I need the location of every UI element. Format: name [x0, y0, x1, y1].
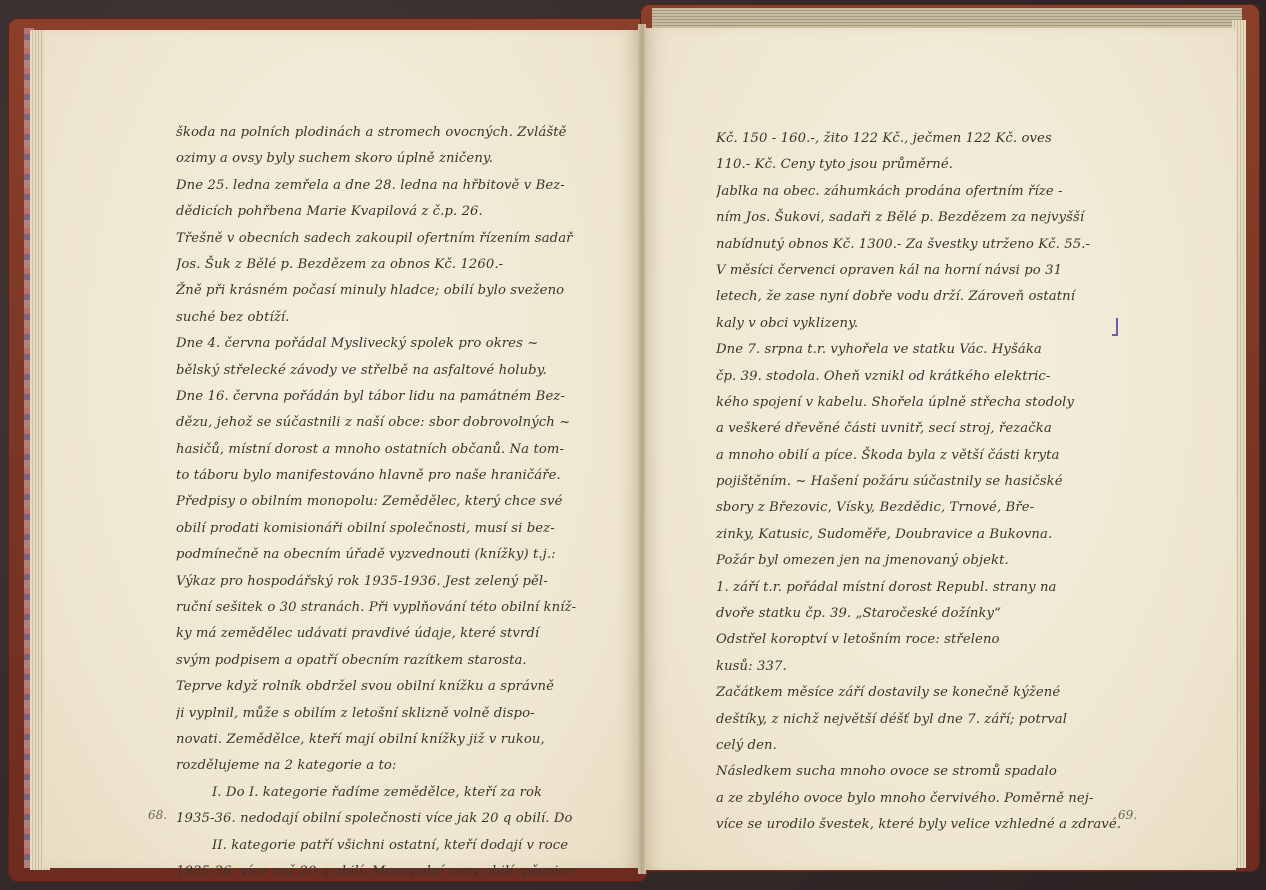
handwritten-line: nabídnutý obnos Kč. 1300.- Za švestky ut…	[716, 232, 1124, 258]
handwritten-line: Dne 25. ledna zemřela a dne 28. ledna na…	[176, 173, 596, 199]
handwritten-line: Následkem sucha mnoho ovoce se stromů sp…	[716, 759, 1124, 785]
handwritten-line: Žně při krásném počasí minuly hladce; ob…	[176, 278, 596, 304]
handwritten-line: to táboru bylo manifestováno hlavně pro …	[176, 463, 596, 489]
handwritten-line: 1935-36. nedodají obilní společnosti víc…	[176, 806, 596, 832]
handwritten-line: 1935-36. více než 20 q obilí. Monopolní …	[176, 859, 596, 885]
handwritten-line: škoda na polních plodinách a stromech ov…	[176, 120, 596, 146]
handwritten-line: ozimy a ovsy byly suchem skoro úplně zni…	[176, 146, 596, 172]
handwritten-line: Teprve když rolník obdržel svou obilní k…	[176, 674, 596, 700]
handwritten-line: Požár byl omezen jen na jmenovaný objekt…	[716, 548, 1124, 574]
handwritten-line: zinky, Katusic, Sudoměře, Doubravice a B…	[716, 522, 1124, 548]
handwritten-line: deštíky, z nichž největší déšť byl dne 7…	[716, 707, 1124, 733]
handwritten-line: 110.- Kč. Ceny tyto jsou průměrné.	[716, 152, 1124, 178]
handwritten-line: hasičů, místní dorost a mnoho ostatních …	[176, 437, 596, 463]
handwritten-line: více se urodilo švestek, které byly veli…	[716, 812, 1124, 838]
handwritten-line: Kč. 150 - 160.-, žito 122 Kč., ječmen 12…	[716, 126, 1124, 152]
handwritten-line: rozdělujeme na 2 kategorie a to:	[176, 753, 596, 779]
handwritten-line: bělský střelecké závody ve střelbě na as…	[176, 358, 596, 384]
handwritten-line: I. Do I. kategorie řadíme zemědělce, kte…	[176, 780, 596, 806]
handwritten-line: kaly v obci vyklizeny.	[716, 311, 1124, 337]
margin-bracket-mark	[1112, 318, 1118, 336]
handwritten-line: suché bez obtíží.	[176, 305, 596, 331]
handwritten-line: dědicích pohřbena Marie Kvapilová z č.p.…	[176, 199, 596, 225]
left-page-text: škoda na polních plodinách a stromech ov…	[176, 120, 596, 885]
handwritten-line: a ze zbylého ovoce bylo mnoho červivého.…	[716, 786, 1124, 812]
handwritten-line: obilí prodati komisionáři obilní společn…	[176, 516, 596, 542]
handwritten-line: Jablka na obec. záhumkách prodána ofertn…	[716, 179, 1124, 205]
handwritten-line: pojištěním. ~ Hašení požáru súčastnily s…	[716, 469, 1124, 495]
handwritten-line: ji vyplnil, může s obilím z letošní skli…	[176, 701, 596, 727]
handwritten-line: Jos. Šuk z Bělé p. Bezdězem za obnos Kč.…	[176, 252, 596, 278]
right-page-text: Kč. 150 - 160.-, žito 122 Kč., ječmen 12…	[716, 126, 1124, 839]
page-number-right: 69.	[1118, 808, 1137, 822]
handwritten-line: celý den.	[716, 733, 1124, 759]
handwritten-line: ruční sešitek o 30 stranách. Při vyplňov…	[176, 595, 596, 621]
handwritten-line: a mnoho obilí a píce. Škoda byla z větší…	[716, 443, 1124, 469]
page-number-left: 68.	[148, 808, 167, 822]
handwritten-line: čp. 39. stodola. Oheň vznikl od krátkého…	[716, 364, 1124, 390]
handwritten-line: kého spojení v kabelu. Shořela úplně stř…	[716, 390, 1124, 416]
handwritten-line: letech, že zase nyní dobře vodu drží. Zá…	[716, 284, 1124, 310]
handwritten-line: Předpisy o obilním monopolu: Zemědělec, …	[176, 489, 596, 515]
handwritten-line: Dne 7. srpna t.r. vyhořela ve statku Vác…	[716, 337, 1124, 363]
handwritten-line: novati. Zemědělce, kteří mají obilní kní…	[176, 727, 596, 753]
handwritten-line: dězu, jehož se súčastnili z naší obce: s…	[176, 410, 596, 436]
handwritten-line: kusů: 337.	[716, 654, 1124, 680]
handwritten-line: Odstřel koroptví v letošním roce: střele…	[716, 627, 1124, 653]
handwritten-line: V měsíci červenci opraven kál na horní n…	[716, 258, 1124, 284]
handwritten-line: Dne 16. června pořádán byl tábor lidu na…	[176, 384, 596, 410]
handwritten-line: 1. září t.r. pořádal místní dorost Repub…	[716, 575, 1124, 601]
handwritten-line: ky má zemědělec udávati pravdivé údaje, …	[176, 621, 596, 647]
handwritten-line: sbory z Březovic, Vísky, Bezdědic, Trnov…	[716, 495, 1124, 521]
handwritten-line: a veškeré dřevěné části uvnitř, secí str…	[716, 416, 1124, 442]
handwritten-line: ním Jos. Šukovi, sadaři z Bělé p. Bezděz…	[716, 205, 1124, 231]
handwritten-line: podmínečně na obecním úřadě vyzvednouti …	[176, 542, 596, 568]
handwritten-line: svým podpisem a opatří obecním razítkem …	[176, 648, 596, 674]
page-edges-top	[652, 8, 1242, 30]
handwritten-line: Dne 4. června pořádal Myslivecký spolek …	[176, 331, 596, 357]
handwritten-line: II. kategorie patří všichni ostatní, kte…	[176, 833, 596, 859]
handwritten-line: dvoře statku čp. 39. „Staročeské dožínky…	[716, 601, 1124, 627]
handwritten-line: Začátkem měsíce září dostavily se konečn…	[716, 680, 1124, 706]
handwritten-line: Třešně v obecních sadech zakoupil ofertn…	[176, 226, 596, 252]
book-gutter	[638, 24, 646, 874]
handwritten-line: Výkaz pro hospodářský rok 1935-1936. Jes…	[176, 569, 596, 595]
